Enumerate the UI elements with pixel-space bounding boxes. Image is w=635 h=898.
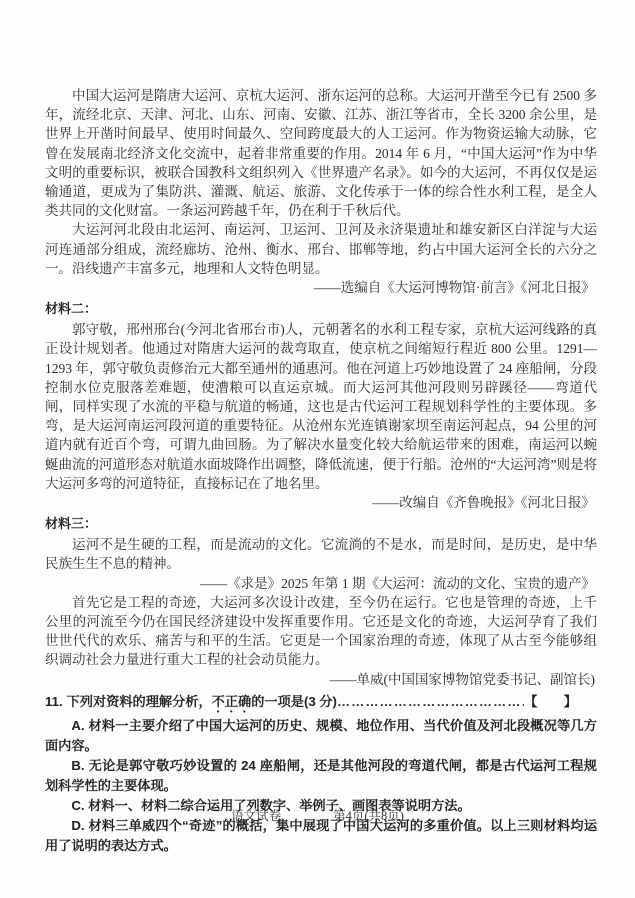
material-one-section: 中国大运河是隋唐大运河、京杭大运河、浙东运河的总称。大运河开凿至今已有 2500…: [45, 86, 597, 297]
page-footer: 语文试卷 第4页(共8页): [0, 806, 635, 824]
option-a-text: 材料一主要介绍了中国大运河的历史、规模、地位作用、当代价值及河北段概况等几方面内…: [45, 718, 597, 753]
option-b: B. 无论是郭守敬巧妙设置的 24 座船闸，还是其他河段的弯道代闸，都是古代运河…: [45, 756, 597, 796]
footer-page-indicator: 第4页(共8页): [333, 806, 404, 824]
material-one-paragraph-2: 大运河河北段由北运河、南运河、卫运河、卫河及永济渠遗址和雄安新区白洋淀与大运河连…: [45, 220, 597, 278]
exam-page: 中国大运河是隋唐大运河、京杭大运河、浙东运河的总称。大运河开凿至今已有 2500…: [0, 0, 635, 898]
material-three-paragraph-2: 首先它是工程的奇迹，大运河多次设计改建，至今仍在运行。它也是管理的奇迹，上千公里…: [45, 593, 597, 670]
material-one-paragraph-1: 中国大运河是隋唐大运河、京杭大运河、浙东运河的总称。大运河开凿至今已有 2500…: [45, 86, 597, 220]
material-three-citation-1: ——《求是》2025 年第 1 期《大运河：流动的文化、宝贵的遗产》: [45, 574, 595, 593]
answer-bracket: 【 】: [524, 692, 577, 712]
option-a-label: A.: [71, 718, 84, 733]
option-a: A. 材料一主要介绍了中国大运河的历史、规模、地位作用、当代价值及河北段概况等几…: [45, 716, 597, 756]
question-number: 11.: [45, 692, 63, 712]
material-two-citation: ——改编自《齐鲁晚报》《河北日报》: [45, 493, 595, 512]
option-b-label: B.: [71, 758, 84, 773]
question-stem-suffix: 的一项是(3 分): [251, 692, 337, 712]
material-three-label: 材料三：: [45, 512, 597, 535]
material-three-section: 材料三： 运河不是生硬的工程，而是流动的文化。它流淌的不是水，而是时间，是历史，…: [45, 512, 597, 689]
material-two-section: 材料二： 郭守敬，邢州邢台(今河北省邢台市)人，元朝著名的水利工程专家，京杭大运…: [45, 297, 597, 512]
material-three-paragraph-1: 运河不是生硬的工程，而是流动的文化。它流淌的不是水，而是时间，是历史，是中华民族…: [45, 535, 597, 573]
dot-leader: ………………………………………………………………: [337, 692, 524, 712]
option-b-text: 无论是郭守敬巧妙设置的 24 座船闸，还是其他河段的弯道代闸，都是古代运河工程规…: [45, 758, 597, 793]
material-two-label: 材料二：: [45, 297, 597, 320]
question-11: 11. 下列对资料的理解分析， 不正确 的一项是(3 分) ……………………………: [45, 692, 597, 856]
question-stem-emphasized: 不正确: [212, 692, 252, 716]
footer-doc-title: 语文试卷: [231, 806, 281, 824]
question-stem-prefix: 下列对资料的理解分析，: [67, 692, 212, 712]
question-11-stem: 11. 下列对资料的理解分析， 不正确 的一项是(3 分) ……………………………: [45, 692, 597, 716]
material-two-paragraph: 郭守敬，邢州邢台(今河北省邢台市)人，元朝著名的水利工程专家，京杭大运河线路的真…: [45, 320, 597, 493]
material-three-citation-2: ——单威(中国国家博物馆党委书记、副馆长): [45, 670, 595, 689]
material-one-citation: ——选编自《大运河博物馆·前言》《河北日报》: [45, 278, 595, 297]
